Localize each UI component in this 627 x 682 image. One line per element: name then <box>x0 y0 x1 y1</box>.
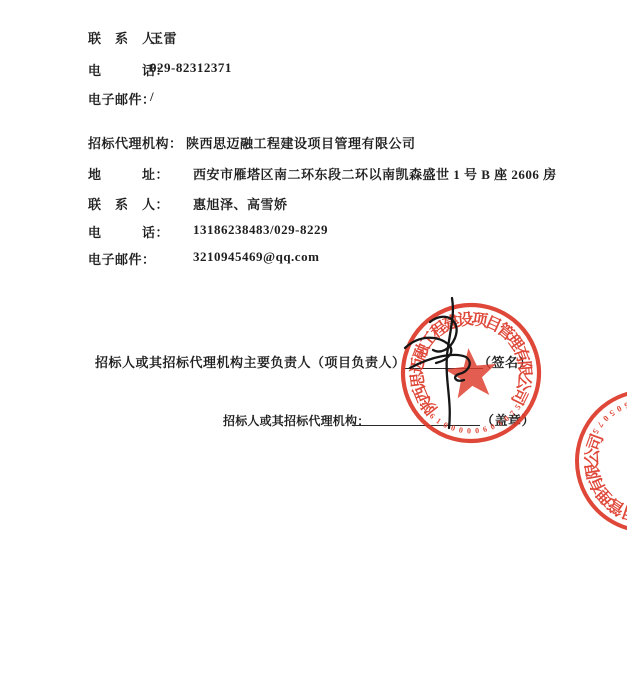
document-page: 联 系 人： 王雷 电 话： 029-82312371 电子邮件： / 招标代理… <box>0 0 627 682</box>
email-row: 电子邮件： / <box>88 89 156 108</box>
phone-row: 电 话： 029-82312371 <box>88 60 169 79</box>
svg-text:0: 0 <box>615 403 623 414</box>
svg-text:5: 5 <box>608 408 617 419</box>
svg-text:5: 5 <box>496 418 504 428</box>
email-label: 电子邮件： <box>88 89 156 108</box>
agency-email-label: 电子邮件： <box>88 249 156 268</box>
svg-text:0: 0 <box>502 414 511 424</box>
agency-contact-value: 惠旭泽、高雪娇 <box>193 194 288 213</box>
address-row: 地 址： 西安市雁塔区南二环东段二环以南凯森盛世 1 号 B 座 2606 房 <box>88 164 169 183</box>
svg-text:0: 0 <box>601 413 611 423</box>
contact-value: 王雷 <box>150 28 177 47</box>
agency-label: 招标代理机构： <box>88 133 183 152</box>
agency-contact-row: 联 系 人： 惠旭泽、高雪娇 <box>88 194 169 213</box>
address-label: 地 址： <box>88 164 169 183</box>
agency-row: 招标代理机构： 陕西思迈融工程建设项目管理有限公司 <box>88 133 183 152</box>
svg-text:6: 6 <box>623 400 627 411</box>
address-value: 西安市雁塔区南二环东段二环以南凯森盛世 1 号 B 座 2606 房 <box>193 164 557 183</box>
email-value: / <box>150 89 154 105</box>
agency-phone-row: 电 话： 13186238483/029-8229 <box>88 222 169 241</box>
responsible-person-label: 招标人或其招标代理机构主要负责人（项目负责人） <box>95 352 406 371</box>
phone-value: 029-82312371 <box>150 60 232 76</box>
contact-row: 联 系 人： 王雷 <box>88 28 169 47</box>
agency-name: 陕西思迈融工程建设项目管理有限公司 <box>186 133 416 152</box>
agency-contact-label: 联 系 人： <box>88 194 169 213</box>
agency-phone-value: 13186238483/029-8229 <box>193 222 328 238</box>
handwritten-signature <box>385 290 495 440</box>
agency-email-row: 电子邮件： 3210945469@qq.com <box>88 249 156 268</box>
agency-email-value: 3210945469@qq.com <box>193 249 319 265</box>
official-seal-partial: 陕西思迈融工程建设项目管理有限公司 6100000605075 <box>562 376 627 546</box>
agency-phone-label: 电 话： <box>88 222 169 241</box>
svg-text:7: 7 <box>508 409 517 418</box>
agency-seal-label: 招标人或其招标代理机构： <box>223 412 369 429</box>
